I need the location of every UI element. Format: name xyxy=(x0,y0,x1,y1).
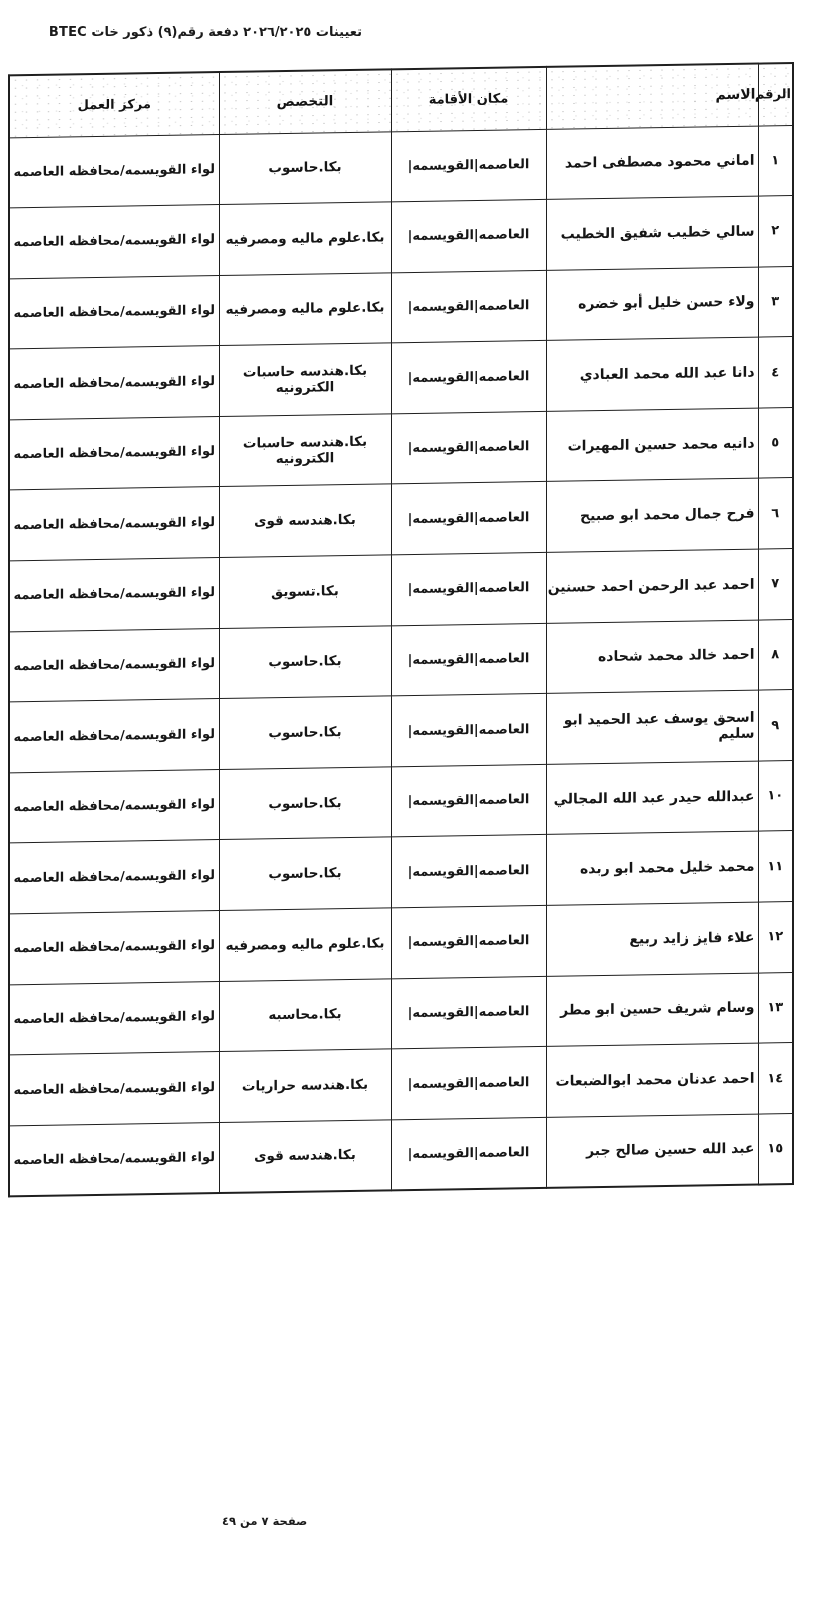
cell-number: ٨ xyxy=(758,619,793,690)
cell-name: علاء فايز زايد ربيع xyxy=(546,902,758,976)
cell-number: ٣ xyxy=(758,266,793,337)
cell-work-center: لواء القويسمه/محافظه العاصمه xyxy=(9,205,219,279)
cell-specialization: بكا.علوم ماليه ومصرفيه xyxy=(219,202,391,275)
cell-specialization: بكا.علوم ماليه ومصرفيه xyxy=(219,273,391,346)
cell-specialization: بكا.علوم ماليه ومصرفيه xyxy=(219,908,391,981)
cell-residence: العاصمه|القويسمه| xyxy=(391,552,546,625)
cell-specialization: بكا.حاسوب xyxy=(219,625,391,698)
cell-number: ٥ xyxy=(758,407,793,478)
cell-residence: العاصمه|القويسمه| xyxy=(391,905,546,978)
cell-residence: العاصمه|القويسمه| xyxy=(391,764,546,837)
cell-number: ١٤ xyxy=(758,1043,793,1114)
cell-specialization: بكا.هندسه حراريات xyxy=(219,1049,391,1122)
cell-residence: العاصمه|القويسمه| xyxy=(391,199,546,272)
cell-name: دانا عبد الله محمد العبادي xyxy=(546,337,758,411)
cell-residence: العاصمه|القويسمه| xyxy=(391,270,546,343)
cell-name: دانيه محمد حسين المهيرات xyxy=(546,408,758,482)
assignments-table: الرقم الاسم مكان الأقامة التخصص مركز الع… xyxy=(8,62,794,1197)
cell-work-center: لواء القويسمه/محافظه العاصمه xyxy=(9,416,219,490)
cell-number: ١٠ xyxy=(758,760,793,831)
cell-specialization: بكا.حاسوب xyxy=(219,696,391,769)
cell-number: ١٥ xyxy=(758,1113,793,1184)
cell-name: عبد الله حسين صالح جبر xyxy=(546,1114,758,1188)
table-row: ١٥ عبد الله حسين صالح جبر العاصمه|القويس… xyxy=(9,1113,793,1196)
cell-number: ٧ xyxy=(758,549,793,620)
column-header-number: الرقم xyxy=(758,63,793,126)
cell-residence: العاصمه|القويسمه| xyxy=(391,976,546,1049)
cell-name: وسام شريف حسين ابو مطر xyxy=(546,973,758,1047)
cell-name: احمد عبد الرحمن احمد حسنين xyxy=(546,549,758,623)
cell-work-center: لواء القويسمه/محافظه العاصمه xyxy=(9,134,219,208)
cell-work-center: لواء القويسمه/محافظه العاصمه xyxy=(9,699,219,773)
cell-number: ١١ xyxy=(758,831,793,902)
page-number: صفحة ٧ من ٤٩ xyxy=(222,1514,307,1528)
cell-residence: العاصمه|القويسمه| xyxy=(391,623,546,696)
cell-specialization: بكا.تسويق xyxy=(219,555,391,628)
cell-name: احمد خالد محمد شحاده xyxy=(546,620,758,694)
column-header-work-center: مركز العمل xyxy=(9,72,219,137)
cell-specialization: بكا.هندسه قوى xyxy=(219,484,391,557)
cell-residence: العاصمه|القويسمه| xyxy=(391,835,546,908)
table-row: ٥ دانيه محمد حسين المهيرات العاصمه|القوي… xyxy=(9,407,793,490)
cell-number: ٩ xyxy=(758,690,793,761)
cell-residence: العاصمه|القويسمه| xyxy=(391,341,546,414)
table-row: ١٣ وسام شريف حسين ابو مطر العاصمه|القويس… xyxy=(9,972,793,1055)
table-row: ٣ ولاء حسن خليل أبو خضره العاصمه|القويسم… xyxy=(9,266,793,349)
document-title: تعيينات ٢٠٢٦/٢٠٢٥ دفعة رقم(٩) ذكور خات B… xyxy=(49,25,362,40)
table-row: ٧ احمد عبد الرحمن احمد حسنين العاصمه|الق… xyxy=(9,549,793,632)
cell-name: ولاء حسن خليل أبو خضره xyxy=(546,267,758,341)
cell-name: احمد عدنان محمد ابوالضبعات xyxy=(546,1043,758,1117)
table-row: ٦ فرح جمال محمد ابو صبيح العاصمه|القويسم… xyxy=(9,478,793,561)
cell-name: سالي خطيب شفيق الخطيب xyxy=(546,196,758,270)
cell-name: اماني محمود مصطفى احمد xyxy=(546,126,758,200)
cell-specialization: بكا.حاسوب xyxy=(219,767,391,840)
cell-number: ١ xyxy=(758,125,793,196)
cell-work-center: لواء القويسمه/محافظه العاصمه xyxy=(9,275,219,349)
table-row: ٤ دانا عبد الله محمد العبادي العاصمه|الق… xyxy=(9,337,793,420)
cell-number: ١٣ xyxy=(758,972,793,1043)
table-row: ١١ محمد خليل محمد ابو ربده العاصمه|القوي… xyxy=(9,831,793,914)
table-row: ٩ اسحق يوسف عبد الحميد ابو سليم العاصمه|… xyxy=(9,690,793,773)
cell-specialization: بكا.هندسه حاسبات الكترونيه xyxy=(219,343,391,416)
cell-residence: العاصمه|القويسمه| xyxy=(391,129,546,202)
cell-work-center: لواء القويسمه/محافظه العاصمه xyxy=(9,1122,219,1196)
cell-residence: العاصمه|القويسمه| xyxy=(391,694,546,767)
cell-work-center: لواء القويسمه/محافظه العاصمه xyxy=(9,840,219,914)
cell-residence: العاصمه|القويسمه| xyxy=(391,411,546,484)
table-row: ١٢ علاء فايز زايد ربيع العاصمه|القويسمه|… xyxy=(9,902,793,985)
cell-specialization: بكا.هندسه قوى xyxy=(219,1120,391,1193)
cell-specialization: بكا.حاسوب xyxy=(219,837,391,910)
cell-work-center: لواء القويسمه/محافظه العاصمه xyxy=(9,628,219,702)
cell-specialization: بكا.محاسبه xyxy=(219,978,391,1051)
cell-name: اسحق يوسف عبد الحميد ابو سليم xyxy=(546,690,758,764)
cell-work-center: لواء القويسمه/محافظه العاصمه xyxy=(9,769,219,843)
table-row: ١٠ عبدالله حيدر عبد الله المجالي العاصمه… xyxy=(9,760,793,843)
cell-work-center: لواء القويسمه/محافظه العاصمه xyxy=(9,1052,219,1126)
column-header-specialization: التخصص xyxy=(219,69,391,134)
cell-work-center: لواء القويسمه/محافظه العاصمه xyxy=(9,346,219,420)
cell-number: ١٢ xyxy=(758,902,793,973)
cell-work-center: لواء القويسمه/محافظه العاصمه xyxy=(9,911,219,985)
cell-residence: العاصمه|القويسمه| xyxy=(391,482,546,555)
cell-residence: العاصمه|القويسمه| xyxy=(391,1047,546,1120)
cell-name: محمد خليل محمد ابو ربده xyxy=(546,832,758,906)
column-header-residence: مكان الأقامة xyxy=(391,67,546,131)
cell-specialization: بكا.هندسه حاسبات الكترونيه xyxy=(219,414,391,487)
cell-residence: العاصمه|القويسمه| xyxy=(391,1117,546,1190)
cell-work-center: لواء القويسمه/محافظه العاصمه xyxy=(9,981,219,1055)
cell-number: ٢ xyxy=(758,196,793,267)
cell-specialization: بكا.حاسوب xyxy=(219,131,391,204)
column-header-name: الاسم xyxy=(546,64,758,129)
cell-number: ٤ xyxy=(758,337,793,408)
table-row: ٨ احمد خالد محمد شحاده العاصمه|القويسمه|… xyxy=(9,619,793,702)
table-row: ١ اماني محمود مصطفى احمد العاصمه|القويسم… xyxy=(9,125,793,208)
cell-name: عبدالله حيدر عبد الله المجالي xyxy=(546,761,758,835)
cell-work-center: لواء القويسمه/محافظه العاصمه xyxy=(9,558,219,632)
table-row: ١٤ احمد عدنان محمد ابوالضبعات العاصمه|ال… xyxy=(9,1043,793,1126)
cell-work-center: لواء القويسمه/محافظه العاصمه xyxy=(9,487,219,561)
table-row: ٢ سالي خطيب شفيق الخطيب العاصمه|القويسمه… xyxy=(9,196,793,279)
cell-number: ٦ xyxy=(758,478,793,549)
cell-name: فرح جمال محمد ابو صبيح xyxy=(546,479,758,553)
